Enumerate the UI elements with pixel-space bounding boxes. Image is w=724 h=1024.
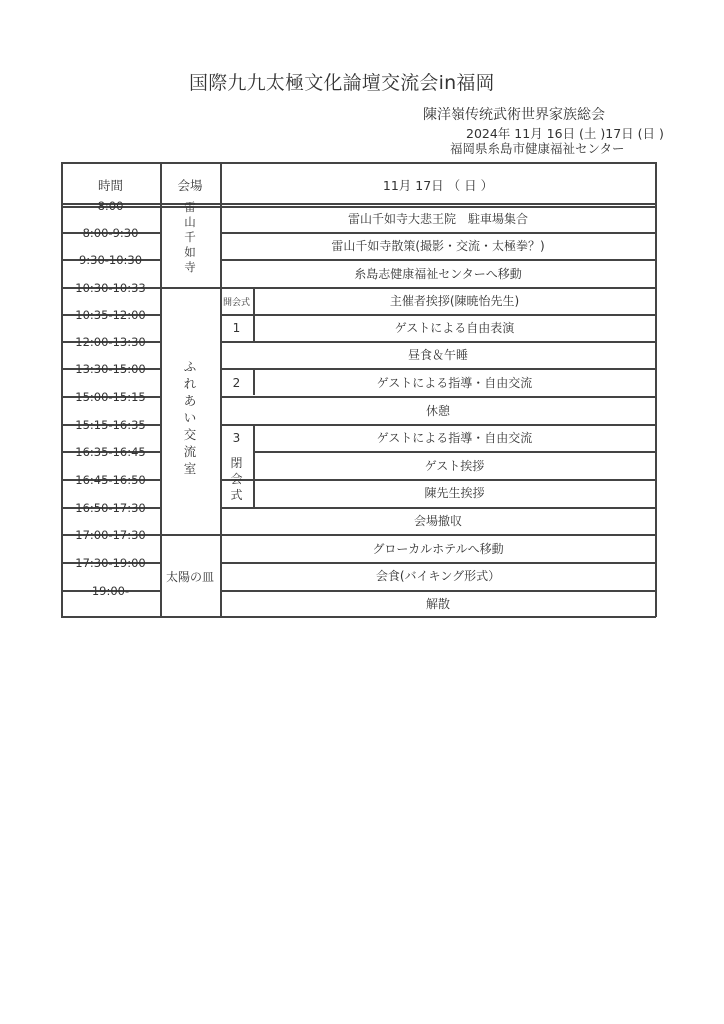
venue-fureai: ふ れ あ い 交 流 室 (175, 358, 205, 477)
row-line (220, 424, 656, 426)
table-border-bottom (61, 616, 656, 618)
document-title: 国際九九太極文化論壇交流会in福岡 (189, 68, 495, 95)
venue-divider (160, 287, 220, 289)
col-divider-time (160, 162, 162, 617)
schedule-item: 解散 (220, 595, 656, 612)
label-char: 式 (220, 487, 253, 503)
schedule-item: ゲスト挨拶 (253, 457, 656, 474)
label-1: 1 (220, 321, 253, 335)
schedule-item: 会食(バイキング形式） (220, 567, 656, 584)
schedule-item: 休憩 (220, 402, 656, 419)
venue-char: 交 (175, 426, 205, 443)
row-line (220, 562, 656, 564)
time-cell: 16:35-16:45 (61, 445, 160, 459)
organizer-name: 陳洋嶺传统武術世界家族総会 (423, 104, 605, 124)
label-opening: 開会式 (220, 295, 253, 308)
row-line (220, 507, 656, 509)
venue-char: あ (175, 392, 205, 409)
schedule-item: 会場撤収 (220, 512, 656, 529)
schedule-item: 昼食＆午睡 (220, 346, 656, 363)
row-line (220, 368, 656, 370)
venue-char: 雷 (175, 200, 205, 215)
row-line (220, 287, 656, 289)
venue-char: 寺 (175, 260, 205, 275)
schedule-item: ゲストによる自由表演 (253, 319, 656, 336)
schedule-item: 糸島志健康福祉センターへ移動 (220, 265, 656, 282)
row-line (220, 590, 656, 592)
venue-char: 山 (175, 215, 205, 230)
schedule-item: 雷山千如寺大悲王院 駐車場集合 (220, 210, 656, 227)
row-line (220, 232, 656, 234)
header-day: 11月 17日 （ 日 ） (220, 176, 656, 194)
row-line (253, 451, 656, 453)
table-border-top (61, 162, 656, 164)
time-cell: 17:30-19:00 (61, 556, 160, 570)
time-cell: 15:00-15:15 (61, 390, 160, 404)
venue-char: 流 (175, 443, 205, 460)
time-cell: 10:30-10:33 (61, 281, 160, 295)
time-cell: 16:50-17:30 (61, 501, 160, 515)
header-venue: 会場 (160, 176, 220, 194)
time-cell: 9:30-10:30 (61, 253, 160, 267)
label-char: 閉 (220, 455, 253, 471)
label-closing: 閉 会 式 (220, 455, 253, 503)
time-cell: 8:00-9:30 (61, 226, 160, 240)
venue-char: 室 (175, 460, 205, 477)
time-cell: 19:00- (61, 584, 160, 598)
time-cell: 13:30-15:00 (61, 362, 160, 376)
row-line (220, 314, 656, 316)
label-char: 会 (220, 471, 253, 487)
schedule-item: 主催者挨拶(陳暁怡先生) (253, 292, 656, 309)
time-cell: 12:00-13:30 (61, 335, 160, 349)
label-3: 3 (220, 431, 253, 445)
venue-taiyo: 太陽の皿 (160, 568, 220, 585)
row-line (220, 534, 656, 536)
schedule-item: グローカルホテルへ移動 (220, 540, 656, 557)
venue-char: れ (175, 375, 205, 392)
schedule-item: 陳先生挨拶 (253, 484, 656, 501)
time-cell: 15:15-16:35 (61, 418, 160, 432)
header-time: 時間 (61, 176, 160, 194)
schedule-item: 雷山千如寺散策(撮影・交流・太極拳？) (220, 237, 656, 254)
label-2: 2 (220, 376, 253, 390)
venue-char: い (175, 409, 205, 426)
time-cell: 17:00-17:30 (61, 528, 160, 542)
row-line (220, 396, 656, 398)
venue-char: 如 (175, 245, 205, 260)
row-line (220, 259, 656, 261)
event-venue: 福岡県糸島市健康福祉センター (450, 139, 625, 157)
time-cell: 8:00 (61, 199, 160, 213)
venue-char: 千 (175, 230, 205, 245)
venue-char: ふ (175, 358, 205, 375)
row-line (220, 479, 656, 481)
schedule-item: ゲストによる指導・自由交流 (253, 374, 656, 391)
schedule-table: 時間 会場 11月 17日 （ 日 ） 雷 山 千 如 寺 ふ れ あ い 交 … (61, 162, 656, 617)
time-cell: 10:35-12:00 (61, 308, 160, 322)
venue-raizan: 雷 山 千 如 寺 (175, 200, 205, 275)
schedule-item: ゲストによる指導・自由交流 (253, 429, 656, 446)
venue-divider (160, 534, 220, 536)
row-line (220, 341, 656, 343)
time-cell: 16:45-16:50 (61, 473, 160, 487)
